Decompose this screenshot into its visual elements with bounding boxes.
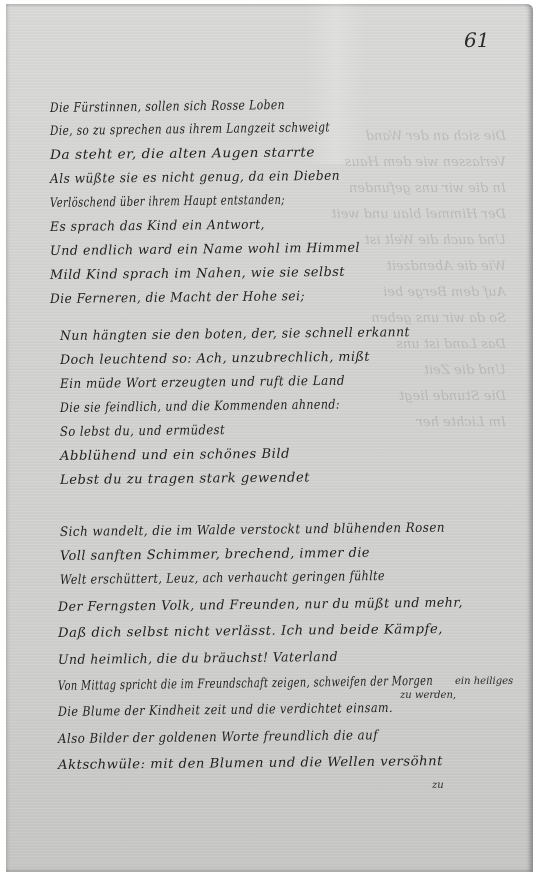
manuscript-line: Lebst du zu tragen stark gewendet [60, 470, 310, 488]
page-number: 61 [464, 28, 489, 52]
manuscript-line: Mild Kind sprach im Nahen, wie sie selbs… [50, 265, 345, 283]
margin-annotation: zu werden, [400, 690, 456, 701]
manuscript-line: Die Ferneren, die Macht der Hohe sei; [50, 289, 305, 307]
manuscript-line: Da steht er, die alten Augen starrte [50, 145, 315, 163]
manuscript-line: Und heimlich, die du bräuchst! Vaterland [58, 650, 338, 668]
margin-annotation: ein heiliges [455, 676, 513, 687]
manuscript-line: Es sprach das Kind ein Antwort, [50, 218, 265, 235]
manuscript-line: Abblühend und ein schönes Bild [60, 447, 290, 464]
manuscript-line: Die Fürstinnen, sollen sich Rosse Loben [50, 98, 285, 116]
manuscript-line: So lebst du, und ermüdest [60, 423, 225, 440]
manuscript-line: Verlöschend über ihrem Haupt entstanden; [50, 193, 285, 211]
margin-annotation: zu [432, 780, 444, 791]
